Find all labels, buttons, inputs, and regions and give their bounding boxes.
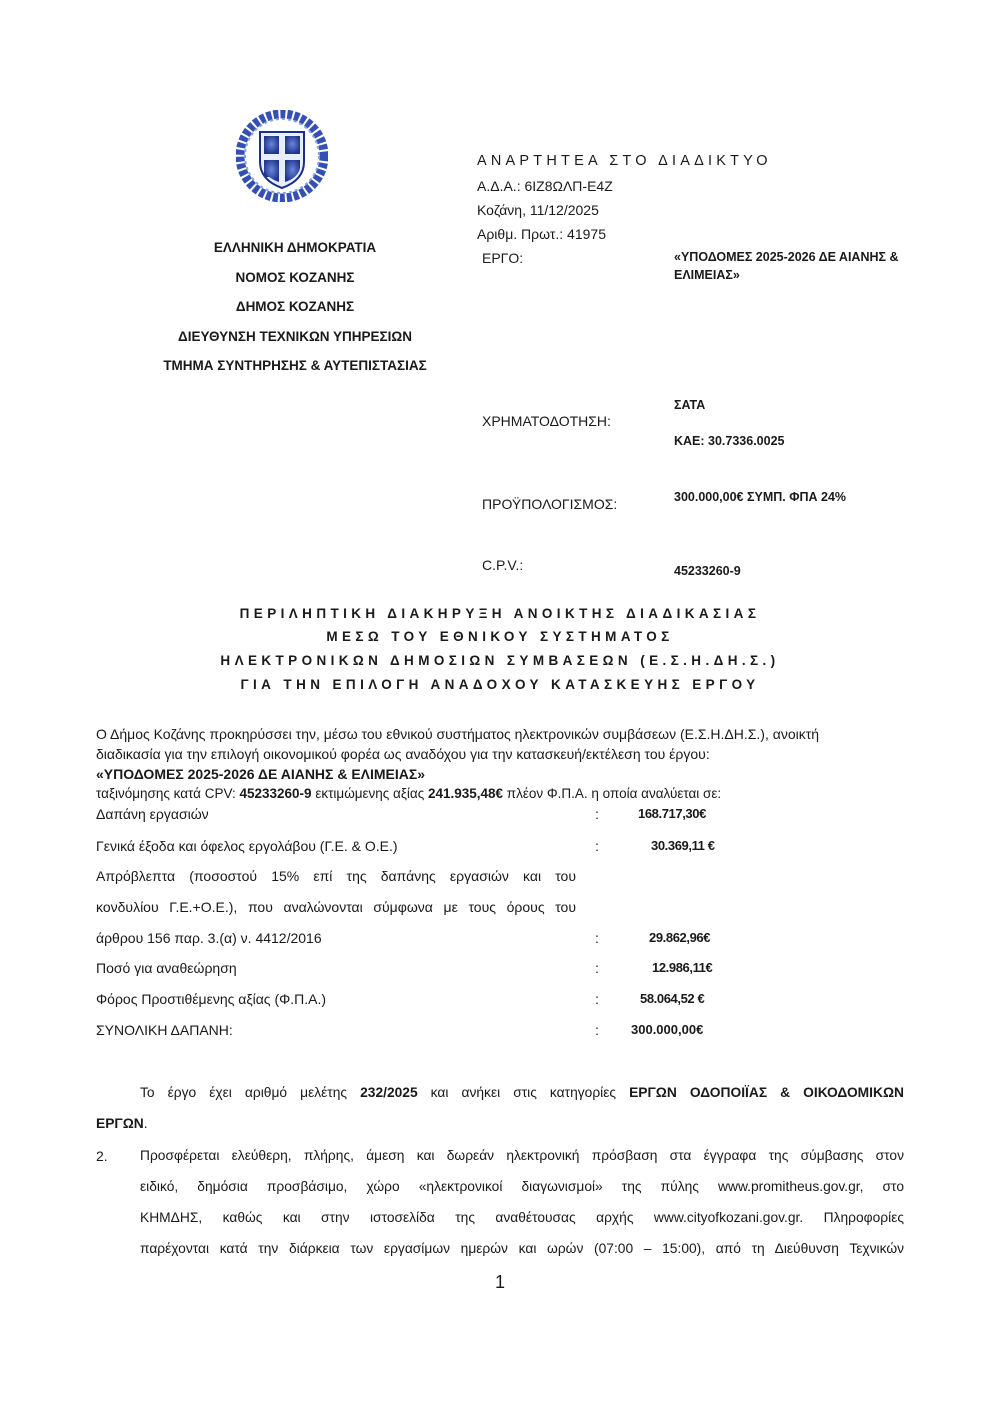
cost-label: Γενικά έξοδα και όφελος εργολάβου (Γ.Ε. … (96, 838, 398, 854)
kae-value: ΚΑΕ: 30.7336.0025 (674, 432, 785, 450)
notice-title: ΠΕΡΙΛΗΠΤΙΚΗ ΔΙΑΚΗΡΥΞΗ ΑΝΟΙΚΤΗΣ ΔΙΑΔΙΚΑΣΙ… (0, 606, 1000, 696)
work-category-continued: ΕΡΓΩΝ (96, 1116, 144, 1131)
total-cost-amount: 300.000,00€ (631, 1022, 703, 1037)
cost-colon: : (595, 991, 599, 1007)
study-prefix: Το έργο έχει αριθμό μελέτης (140, 1085, 360, 1100)
study-middle: και ανήκει στις κατηγορίες (418, 1085, 629, 1100)
funding-value: ΣΑΤΑ (674, 396, 705, 414)
issuer-line: ΔΗΜΟΣ ΚΟΖΑΝΗΣ (120, 299, 470, 314)
value-suffix: πλέον Φ.Π.Α. η οποία αναλύεται σε: (503, 786, 721, 801)
funding-label: ΧΡΗΜΑΤΟΔΟΤΗΣΗ: (482, 413, 611, 429)
cost-colon: : (595, 838, 599, 854)
cpv-value: 45233260-9 (674, 562, 741, 580)
intro-line: Ο Δήμος Κοζάνης προκηρύσσει την, μέσω το… (96, 724, 916, 744)
access-paragraph-line: παρέχονται κατά την διάρκεια των εργασίμ… (140, 1239, 904, 1259)
cpv-label: C.P.V.: (482, 557, 523, 573)
cost-colon: : (595, 960, 599, 976)
intro-paragraph: Ο Δήμος Κοζάνης προκηρύσσει την, μέσω το… (96, 724, 916, 804)
cost-amount: 58.064,52 € (640, 991, 704, 1006)
access-paragraph-line: Προσφέρεται ελεύθερη, πλήρης, άμεση και … (140, 1146, 904, 1166)
cost-colon: : (595, 806, 599, 822)
intro-line: διαδικασία για την επιλογή οικονομικού φ… (96, 744, 916, 764)
project-label: ΕΡΓΟ: (482, 250, 523, 266)
access-paragraph-line: ειδικό, δημόσια προσβάσιμο, χώρο «ηλεκτρ… (140, 1177, 904, 1197)
cost-amount: 168.717,30€ (638, 806, 706, 821)
protocol-number: Αριθμ. Πρωτ.: 41975 (477, 226, 606, 242)
access-paragraph-line: ΚΗΜΔΗΣ, καθώς και στην ιστοσελίδα της αν… (140, 1208, 904, 1228)
cost-amount: 30.369,11 € (651, 838, 715, 853)
issuer-line: ΤΜΗΜΑ ΣΥΝΤΗΡΗΣΗΣ & ΑΥΤΕΠΙΣΤΑΣΙΑΣ (120, 358, 470, 373)
period: . (144, 1116, 148, 1131)
page-number: 1 (0, 1272, 1000, 1293)
project-value-line: ΕΛΙΜΕΙΑΣ» (674, 266, 899, 284)
study-number: 232/2025 (360, 1085, 418, 1100)
total-cost-label: ΣΥΝΟΛΙΚΗ ΔΑΠΑΝΗ: (96, 1022, 233, 1038)
title-line: ΓΙΑ ΤΗΝ ΕΠΙΛΟΓΗ ΑΝΑΔΟΧΟΥ ΚΑΤΑΣΚΕΥΗΣ ΕΡΓΟ… (0, 677, 1000, 692)
estimated-value: 241.935,48€ (428, 786, 503, 801)
project-value-line: «ΥΠΟΔΟΜΕΣ 2025-2026 ΔΕ ΑΙΑΝΗΣ & (674, 248, 899, 266)
budget-label: ΠΡΟΫΠΟΛΟΓΙΣΜΟΣ: (482, 496, 617, 512)
cost-label: Φόρος Προστιθέμενης αξίας (Φ.Π.Α.) (96, 991, 326, 1007)
cpv-code: 45233260-9 (239, 786, 311, 801)
coat-of-arms-icon (236, 110, 328, 202)
budget-value: 300.000,00€ ΣΥΜΠ. ΦΠΑ 24% (674, 488, 846, 506)
ada-code: Α.Δ.Α.: 6ΙΖ8ΩΛΠ-Ε4Ζ (477, 178, 613, 194)
study-paragraph-end: ΕΡΓΩΝ. (96, 1114, 148, 1134)
cost-label: άρθρου 156 παρ. 3.(α) ν. 4412/2016 (96, 930, 322, 946)
title-line: ΗΛΕΚΤΡΟΝΙΚΩΝ ΔΗΜΟΣΙΩΝ ΣΥΜΒΑΣΕΩΝ (Ε.Σ.Η.Δ… (0, 653, 1000, 668)
issuer-line: ΝΟΜΟΣ ΚΟΖΑΝΗΣ (120, 270, 470, 285)
issuer-line: ΕΛΛΗΝΙΚΗ ΔΗΜΟΚΡΑΤΙΑ (120, 240, 470, 255)
cost-label: Δαπάνη εργασιών (96, 806, 209, 822)
study-paragraph-line: Το έργο έχει αριθμό μελέτης 232/2025 και… (140, 1083, 904, 1103)
cost-label-continued: κονδυλίου Γ.Ε.+Ο.Ε.), που αναλώνονται σύ… (96, 899, 576, 915)
paragraph-number: 2. (96, 1146, 108, 1166)
project-value: «ΥΠΟΔΟΜΕΣ 2025-2026 ΔΕ ΑΙΑΝΗΣ & ΕΛΙΜΕΙΑΣ… (674, 248, 899, 284)
intro-cpv-line: ταξινόμησης κατά CPV: 45233260-9 εκτιμώμ… (96, 784, 916, 804)
cost-label: Ποσό για αναθεώρηση (96, 960, 237, 976)
cpv-prefix: ταξινόμησης κατά CPV: (96, 786, 239, 801)
greek-coat-of-arms-emblem (236, 110, 328, 202)
cost-amount: 12.986,11€ (652, 960, 712, 975)
cost-colon: : (595, 1022, 599, 1038)
title-line: ΠΕΡΙΛΗΠΤΙΚΗ ΔΙΑΚΗΡΥΞΗ ΑΝΟΙΚΤΗΣ ΔΙΑΔΙΚΑΣΙ… (0, 606, 1000, 621)
cost-label-continued: Απρόβλεπτα (ποσοστού 15% επί της δαπάνης… (96, 868, 576, 884)
intro-project-name: «ΥΠΟΔΟΜΕΣ 2025-2026 ΔΕ ΑΙΑΝΗΣ & ΕΛΙΜΕΙΑΣ… (96, 764, 916, 784)
cost-amount: 29.862,96€ (649, 930, 710, 945)
issuer-line: ΔΙΕΥΘΥΝΣΗ ΤΕΧΝΙΚΩΝ ΥΠΗΡΕΣΙΩΝ (120, 329, 470, 344)
value-prefix: εκτιμώμενης αξίας (312, 786, 428, 801)
title-line: ΜΕΣΩ ΤΟΥ ΕΘΝΙΚΟΥ ΣΥΣΤΗΜΑΤΟΣ (0, 629, 1000, 644)
posting-notice: ΑΝΑΡΤΗΤΕΑ ΣΤΟ ΔΙΑΔΙΚΤΥΟ (477, 153, 772, 169)
cost-colon: : (595, 930, 599, 946)
issuer-block: ΕΛΛΗΝΙΚΗ ΔΗΜΟΚΡΑΤΙΑ ΝΟΜΟΣ ΚΟΖΑΝΗΣ ΔΗΜΟΣ … (120, 240, 470, 380)
place-date: Κοζάνη, 11/12/2025 (477, 202, 599, 218)
work-category: ΕΡΓΩΝ ΟΔΟΠΟΙΪΑΣ & ΟΙΚΟΔΟΜΙΚΩΝ (629, 1085, 904, 1100)
